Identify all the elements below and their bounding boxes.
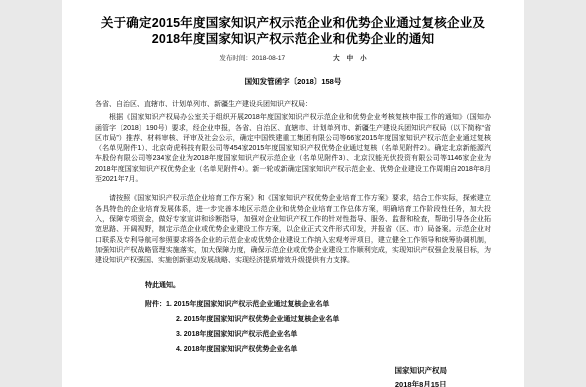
body-paragraph-2: 请按照《国家知识产权示范企业培育工作方案》和《国家知识产权优势企业培育工作方案》… (95, 194, 491, 266)
font-size-large-button[interactable]: 大 (333, 53, 340, 62)
page-title: 关于确定2015年度国家知识产权示范企业和优势企业通过复核企业及 2018年度国… (95, 16, 491, 47)
body-paragraph-1: 根据《国家知识产权局办公室关于组织开展2018年度国家知识产权示范企业和优势企业… (95, 113, 491, 185)
signature-block: 国家知识产权局 2018年8月15日 (395, 364, 448, 387)
document-number: 国知发管函字〔2018〕158号 (95, 76, 491, 87)
screenshot-root: { "colors": { "background": "#e9e9e9", "… (0, 0, 586, 387)
issue-date: 2018年8月15日 (395, 378, 448, 387)
attachment-item-4: 4. 2018年度国家知识产权优势企业名单 (176, 342, 491, 357)
font-size-switcher: 大 中 小 (333, 53, 367, 62)
page-title-line-1: 关于确定2015年度国家知识产权示范企业和优势企业通过复核企业及 (95, 16, 491, 32)
publish-date: 发布时间：2018-08-17 (219, 53, 285, 62)
attachment-item-3: 3. 2018年度国家知识产权示范企业名单 (176, 327, 491, 342)
font-size-medium-button[interactable]: 中 (347, 53, 354, 62)
attachment-item: 附件：1. 2015年度国家知识产权示范企业通过复核企业名单 (145, 297, 491, 312)
document-body: 各省、自治区、直辖市、计划单列市、新疆生产建设兵团知识产权局： 根据《国家知识产… (95, 100, 491, 292)
meta-row: 发布时间：2018-08-17 大 中 小 (95, 53, 491, 62)
attachments-list: 附件：1. 2015年度国家知识产权示范企业通过复核企业名单 2. 2015年度… (95, 297, 491, 357)
closing-line: 特此通知。 (145, 281, 491, 291)
attachment-item-2: 2. 2015年度国家知识产权优势企业通过复核企业名单 (176, 312, 491, 327)
notice-page: 关于确定2015年度国家知识产权示范企业和优势企业通过复核企业及 2018年度国… (62, 0, 524, 387)
issuer-name: 国家知识产权局 (395, 364, 448, 378)
attachments-label: 附件： (145, 301, 166, 308)
font-size-small-button[interactable]: 小 (360, 53, 367, 62)
salutation: 各省、自治区、直辖市、计划单列市、新疆生产建设兵团知识产权局： (95, 100, 491, 110)
attachment-item-1: 1. 2015年度国家知识产权示范企业通过复核企业名单 (166, 301, 329, 308)
page-title-line-2: 2018年度国家知识产权示范企业和优势企业的通知 (95, 32, 491, 48)
